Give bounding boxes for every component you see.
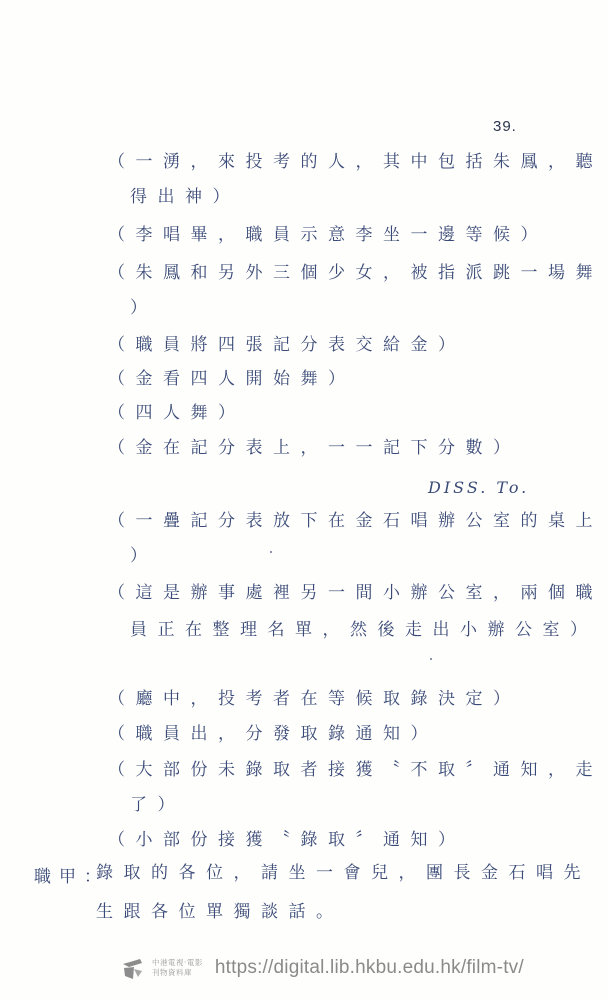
stage-direction-line: ） [130, 545, 158, 567]
archive-name-line2: 刊物資料庫 [152, 968, 203, 978]
stage-direction-line: （李唱畢，職員示意李坐一邊等候） [108, 224, 548, 246]
stage-direction-line: （朱鳳和另外三個少女，被指派跳一場舞 [108, 262, 603, 284]
transition-annotation: DISS. To. [428, 478, 529, 497]
stage-direction-line: （一湧，來投考的人，其中包括朱鳳，聽 [108, 151, 603, 173]
dialogue-line: 生跟各位單獨談話。 [96, 901, 344, 923]
stage-direction-line: 員正在整理名單，然後走出小辦公室） [130, 619, 598, 641]
scanned-script-page: 39. （一湧，來投考的人，其中包括朱鳳，聽 得出神） （李唱畢，職員示意李坐一… [0, 0, 609, 1000]
film-archive-logo-icon [120, 955, 146, 981]
stage-direction-line: （金在記分表上，一一記下分數） [108, 437, 521, 459]
stage-direction-line: （一疊記分表放下在金石唱辦公室的桌上 [108, 510, 603, 532]
paper-speck [270, 551, 272, 553]
stage-direction-line: （大部份未錄取者接獲〝不取〞通知，走 [108, 759, 603, 781]
stage-direction-line: 了） [130, 794, 185, 816]
archive-logo-text: 中港電視‧電影 刊物資料庫 [152, 958, 203, 978]
stage-direction-line: （這是辦事處裡另一間小辦公室，兩個職 [108, 582, 603, 604]
stage-direction-line: （職員出，分發取錄通知） [108, 723, 438, 745]
stage-direction-line: ） [130, 297, 158, 319]
stage-direction-line: （職員將四張記分表交給金） [108, 334, 466, 356]
archive-watermark: 中港電視‧電影 刊物資料庫 https://digital.lib.hkbu.e… [120, 950, 524, 986]
archive-name-line1: 中港電視‧電影 [152, 958, 203, 968]
paper-speck [430, 658, 432, 660]
archive-url: https://digital.lib.hkbu.edu.hk/film-tv/ [215, 957, 524, 979]
stage-direction-line: （小部份接獲〝錄取〞通知） [108, 829, 466, 851]
page-number: 39. [493, 118, 517, 135]
stage-direction-line: 得出神） [130, 186, 240, 208]
dialogue-line: 錄取的各位，請坐一會兒，團長金石唱先 [96, 862, 591, 884]
stage-direction-line: （廳中，投考者在等候取錄決定） [108, 688, 521, 710]
stage-direction-line: （金看四人開始舞） [108, 368, 356, 390]
stage-direction-line: （四人舞） [108, 402, 246, 424]
